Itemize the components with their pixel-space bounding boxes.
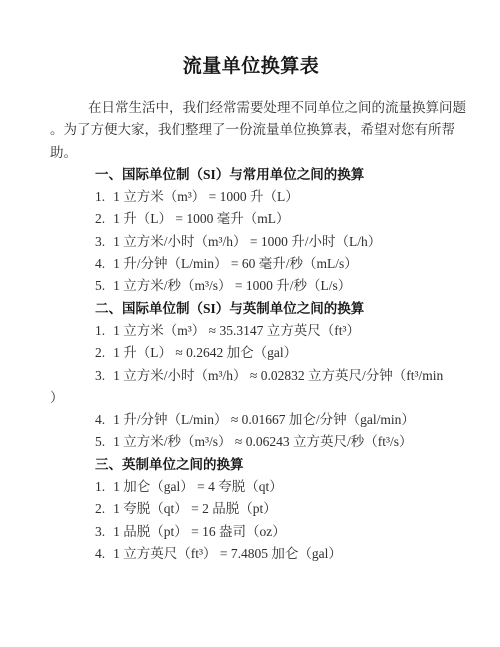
item-text: 1 加仑（gal） = 4 夸脱（qt） [113, 479, 283, 494]
item-number: 3. [95, 365, 105, 387]
item-number: 1. [95, 320, 105, 342]
list-item: 3.1 立方米/小时（m³/h） ≈ 0.02832 立方英尺/分钟（ft³/m… [50, 365, 452, 387]
list-item: 4.1 立方英尺（ft³） = 7.4805 加仑（gal） [50, 543, 452, 565]
item-text: 1 立方英尺（ft³） = 7.4805 加仑（gal） [113, 546, 342, 561]
section-si-imperial: 二、国际单位制（SI）与英制单位之间的换算 1.1 立方米（m³） ≈ 35.3… [50, 298, 452, 454]
list-item: 2.1 升（L） ≈ 0.2642 加仑（gal） [50, 342, 452, 364]
item-text: 1 立方米/秒（m³/s） = 1000 升/秒（L/s） [113, 278, 351, 293]
document-title: 流量单位换算表 [50, 55, 452, 79]
item-text: 1 升/分钟（L/min） = 60 毫升/秒（mL/s） [113, 256, 358, 271]
list-item: 5.1 立方米/秒（m³/s） = 1000 升/秒（L/s） [50, 275, 452, 297]
item-number: 2. [95, 342, 105, 364]
item-number: 5. [95, 275, 105, 297]
item-number: 4. [95, 253, 105, 275]
list-item: 4.1 升/分钟（L/min） ≈ 0.01667 加仑/分钟（gal/min） [50, 409, 452, 431]
item-number: 2. [95, 208, 105, 230]
list-item: 5.1 立方米/秒（m³/s） ≈ 0.06243 立方英尺/秒（ft³/s） [50, 431, 452, 453]
item-number: 3. [95, 231, 105, 253]
section-si-common: 一、国际单位制（SI）与常用单位之间的换算 1.1 立方米（m³） = 1000… [50, 164, 452, 298]
item-number: 3. [95, 521, 105, 543]
intro-line: 。为了方便大家，我们整理了一份流量单位换算表，希望对您有所帮 [50, 119, 452, 141]
item-text: 1 立方米/小时（m³/h） = 1000 升/小时（L/h） [113, 234, 381, 249]
intro-line: 助。 [50, 142, 452, 164]
list-item: 2.1 夸脱（qt） = 2 品脱（pt） [50, 498, 452, 520]
list-item: 1.1 立方米（m³） = 1000 升（L） [50, 186, 452, 208]
list-item: 4.1 升/分钟（L/min） = 60 毫升/秒（mL/s） [50, 253, 452, 275]
item-number: 1. [95, 476, 105, 498]
list-item: 1.1 加仑（gal） = 4 夸脱（qt） [50, 476, 452, 498]
item-text: 1 升（L） ≈ 0.2642 加仑（gal） [113, 345, 297, 360]
document-page: 流量单位换算表 在日常生活中，我们经常需要处理不同单位之间的流量换算问题 。为了… [0, 0, 500, 647]
item-text: 1 升（L） = 1000 毫升（mL） [113, 211, 289, 226]
item-text: 1 立方米/秒（m³/s） ≈ 0.06243 立方英尺/秒（ft³/s） [113, 434, 412, 449]
item-number: 1. [95, 186, 105, 208]
item-text: 1 立方米（m³） ≈ 35.3147 立方英尺（ft³） [113, 323, 360, 338]
item-text: 1 夸脱（qt） = 2 品脱（pt） [113, 501, 277, 516]
item-text: 1 立方米（m³） = 1000 升（L） [113, 189, 299, 204]
intro-paragraph: 在日常生活中，我们经常需要处理不同单位之间的流量换算问题 。为了方便大家，我们整… [50, 97, 452, 164]
list-item: 3.1 品脱（pt） = 16 盎司（oz） [50, 521, 452, 543]
item-text: 1 品脱（pt） = 16 盎司（oz） [113, 524, 286, 539]
item-number: 2. [95, 498, 105, 520]
list-item: 1.1 立方米（m³） ≈ 35.3147 立方英尺（ft³） [50, 320, 452, 342]
intro-line: 在日常生活中，我们经常需要处理不同单位之间的流量换算问题 [50, 97, 452, 119]
item-number: 5. [95, 431, 105, 453]
item-text: 1 升/分钟（L/min） ≈ 0.01667 加仑/分钟（gal/min） [113, 412, 415, 427]
item-number: 4. [95, 543, 105, 565]
section-heading: 二、国际单位制（SI）与英制单位之间的换算 [50, 298, 452, 320]
section-heading: 三、英制单位之间的换算 [50, 454, 452, 476]
item-wrap-line: ） [50, 387, 452, 409]
item-text: 1 立方米/小时（m³/h） ≈ 0.02832 立方英尺/分钟（ft³/min [113, 368, 443, 383]
section-imperial: 三、英制单位之间的换算 1.1 加仑（gal） = 4 夸脱（qt） 2.1 夸… [50, 454, 452, 565]
section-heading: 一、国际单位制（SI）与常用单位之间的换算 [50, 164, 452, 186]
list-item: 3.1 立方米/小时（m³/h） = 1000 升/小时（L/h） [50, 231, 452, 253]
item-number: 4. [95, 409, 105, 431]
list-item: 2.1 升（L） = 1000 毫升（mL） [50, 208, 452, 230]
